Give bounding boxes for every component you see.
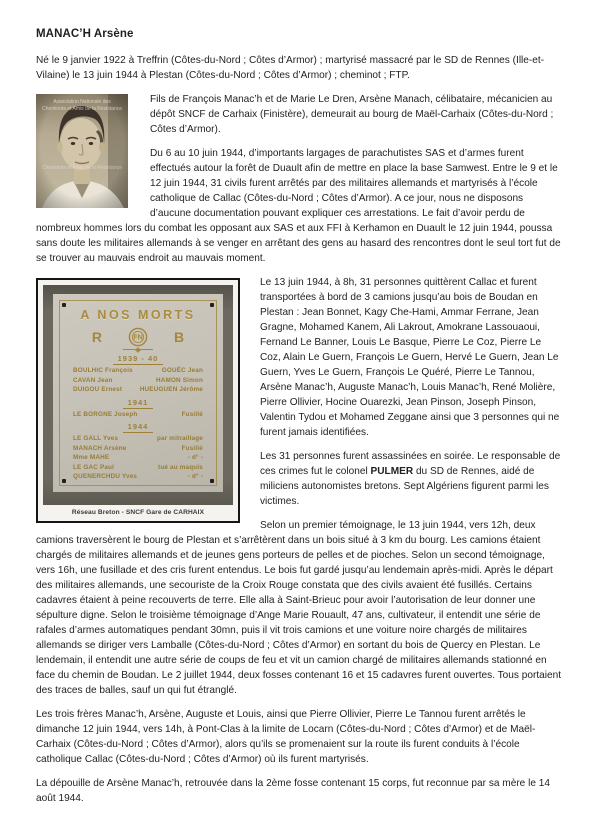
colonel-name-bold: PULMER bbox=[371, 466, 414, 477]
section-plaque: A NOS MORTS R FN B bbox=[36, 275, 562, 707]
paragraph-temoignages: Selon un premier témoignage, le 13 juin … bbox=[36, 518, 562, 698]
plaque-heading: A NOS MORTS bbox=[61, 308, 215, 322]
paragraph-intro: Né le 9 janvier 1922 à Treffrin (Côtes-d… bbox=[36, 53, 562, 83]
plaque-year-1939: 1939 - 40 bbox=[61, 354, 215, 363]
sncf-monogram-icon: FN bbox=[128, 327, 148, 347]
plaque-name-row: BOULHIC FrançoisGOUËC Jean bbox=[61, 366, 215, 376]
plaque-rb-row: R FN B bbox=[61, 327, 215, 347]
plaque-year-1944: 1944 bbox=[61, 422, 215, 431]
plaque-photo: A NOS MORTS R FN B bbox=[43, 285, 233, 505]
portrait-photo-art: Association Nationale des Cheminots et A… bbox=[36, 94, 128, 208]
watermark-line-1: Association Nationale des bbox=[53, 99, 111, 105]
plaque-caption: Réseau Breton - SNCF Gare de CARHAIX bbox=[43, 505, 233, 518]
plaque-letter-r: R bbox=[92, 329, 102, 345]
document-body: Né le 9 janvier 1922 à Treffrin (Côtes-d… bbox=[36, 53, 562, 806]
screw-icon bbox=[210, 303, 214, 307]
paragraph-freres: Les trois frères Manac’h, Arsène, August… bbox=[36, 707, 562, 767]
plaque-letter-b: B bbox=[174, 329, 184, 345]
screw-icon bbox=[62, 303, 66, 307]
plaque-name-row: LE GALL Yvespar mitraillage bbox=[61, 434, 215, 444]
plaque-name-row: DUIGOU ErnestHUEUGUEN Jérôme bbox=[61, 385, 215, 395]
plaque-name-row: Mme MAHE- d° - bbox=[61, 453, 215, 463]
watermark-line-3: Cheminots et Amis de la Résistance bbox=[42, 165, 122, 171]
plaque-name-row: LE BORGNE JosephFusillé bbox=[61, 410, 215, 420]
section-portrait: Association Nationale des Cheminots et A… bbox=[36, 92, 562, 275]
plaque-name-row: MANACH ArsèneFusillé bbox=[61, 444, 215, 454]
page-title: MANAC’H Arsène bbox=[36, 28, 562, 40]
plaque-year-1941: 1941 bbox=[61, 398, 215, 407]
plaque-ornament bbox=[123, 349, 153, 350]
plaque-name-row: CAVAN JeanHAMON Simon bbox=[61, 376, 215, 386]
plaque-name-row: QUENERCHDU Yves- d° - bbox=[61, 472, 215, 482]
plaque-name-row: LE GAC Paultué au maquis bbox=[61, 463, 215, 473]
paragraph-depouille: La dépouille de Arsène Manac’h, retrouvé… bbox=[36, 776, 562, 806]
screw-icon bbox=[210, 479, 214, 483]
screw-icon bbox=[62, 479, 66, 483]
watermark-line-2: Cheminots et Amis de la Résistance bbox=[42, 106, 122, 112]
memorial-plaque: A NOS MORTS R FN B bbox=[53, 294, 223, 492]
svg-text:FN: FN bbox=[133, 335, 142, 342]
portrait-photo: Association Nationale des Cheminots et A… bbox=[36, 94, 128, 208]
document-page: MANAC’H Arsène Né le 9 janvier 1922 à Tr… bbox=[0, 0, 594, 840]
plaque-photo-frame: A NOS MORTS R FN B bbox=[36, 278, 240, 523]
